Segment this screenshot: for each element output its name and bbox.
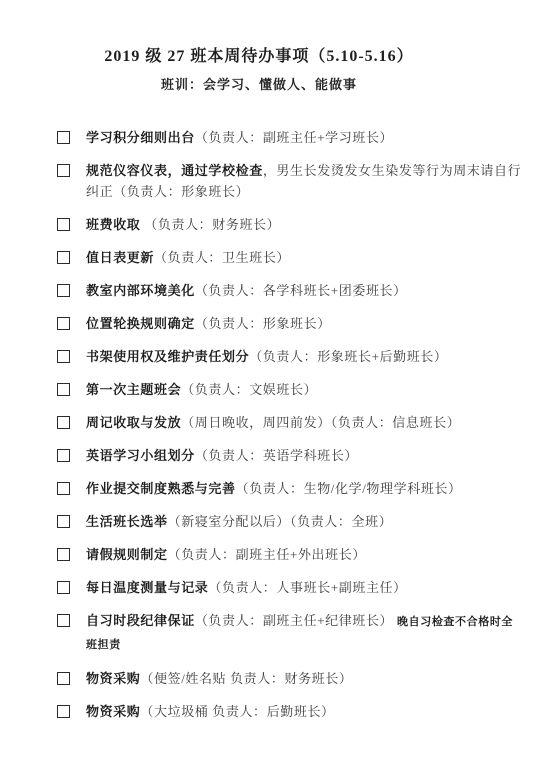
todo-item-detail: （负责人：文娱班长）	[181, 382, 317, 397]
empty-checkbox-icon	[57, 251, 70, 264]
todo-item-text: 物资采购（便签/姓名贴 负责人：财务班长）	[86, 668, 523, 689]
todo-item: 位置轮换规则确定（负责人：形象班长）	[57, 313, 523, 334]
todo-item: 每日温度测量与记录（负责人：人事班长+副班主任）	[57, 577, 523, 598]
todo-item-detail: （负责人：副班主任+纪律班长）	[195, 613, 393, 628]
todo-item-text: 位置轮换规则确定（负责人：形象班长）	[86, 313, 523, 334]
empty-checkbox-icon	[57, 164, 70, 177]
todo-item-title: 班费收取	[86, 217, 140, 232]
todo-item-detail: （新寝室分配以后）（负责人：全班）	[168, 514, 393, 529]
todo-item-detail: （负责人：卫生班长）	[154, 250, 290, 265]
todo-item-detail: （负责人：财务班长）	[140, 217, 280, 232]
todo-item: 生活班长选举（新寝室分配以后）（负责人：全班）	[57, 511, 523, 532]
todo-item-text: 教室内部环境美化（负责人：各学科班长+团委班长）	[86, 280, 523, 301]
todo-item: 班费收取 （负责人：财务班长）	[57, 214, 523, 235]
page-title: 2019 级 27 班本周待办事项（5.10-5.16）	[26, 46, 492, 68]
empty-checkbox-icon	[57, 705, 70, 718]
todo-item-title: 书架使用权及维护责任划分	[86, 349, 249, 364]
class-motto: 班训：会学习、懂做人、能做事	[26, 76, 492, 94]
todo-item-detail: （负责人：英语学科班长）	[195, 448, 358, 463]
todo-item-title: 自习时段纪律保证	[86, 613, 195, 628]
todo-item-title: 物资采购	[86, 704, 140, 719]
todo-item: 学习积分细则出台（负责人：副班主任+学习班长）	[57, 127, 523, 148]
empty-checkbox-icon	[57, 515, 70, 528]
todo-item-text: 自习时段纪律保证（负责人：副班主任+纪律班长） 晚自习检查不合格时全班担责	[86, 610, 523, 656]
todo-item-detail: （大垃圾桶 负责人：后勤班长）	[140, 704, 334, 719]
todo-item-detail: （负责人：形象班长）	[195, 316, 331, 331]
todo-item: 书架使用权及维护责任划分（负责人：形象班长+后勤班长）	[57, 346, 523, 367]
empty-checkbox-icon	[57, 284, 70, 297]
todo-item-text: 第一次主题班会（负责人：文娱班长）	[86, 379, 523, 400]
todo-item-detail: （周日晚收，周四前发）（负责人：信息班长）	[181, 415, 460, 430]
todo-item-title: 每日温度测量与记录	[86, 580, 208, 595]
todo-item: 请假规则制定（负责人：副班主任+外出班长）	[57, 544, 523, 565]
todo-item: 规范仪容仪表，通过学校检查，男生长发烫发女生染发等行为周末请自行纠正（负责人：形…	[57, 160, 523, 202]
todo-item-title: 教室内部环境美化	[86, 283, 195, 298]
todo-item-detail: （便签/姓名贴 负责人：财务班长）	[140, 671, 352, 686]
todo-item-detail: （负责人：生物/化学/物理学科班长）	[236, 481, 462, 496]
todo-item-title: 值日表更新	[86, 250, 154, 265]
todo-item-text: 生活班长选举（新寝室分配以后）（负责人：全班）	[86, 511, 523, 532]
todo-item-detail: （负责人：各学科班长+团委班长）	[195, 283, 407, 298]
todo-item: 第一次主题班会（负责人：文娱班长）	[57, 379, 523, 400]
document-page: 2019 级 27 班本周待办事项（5.10-5.16） 班训：会学习、懂做人、…	[0, 0, 549, 764]
empty-checkbox-icon	[57, 614, 70, 627]
empty-checkbox-icon	[57, 548, 70, 561]
todo-item-detail: （负责人：副班主任+学习班长）	[195, 130, 393, 145]
todo-item-title: 物资采购	[86, 671, 140, 686]
todo-item: 作业提交制度熟悉与完善（负责人：生物/化学/物理学科班长）	[57, 478, 523, 499]
todo-item-text: 物资采购（大垃圾桶 负责人：后勤班长）	[86, 701, 523, 722]
todo-item-title: 生活班长选举	[86, 514, 168, 529]
empty-checkbox-icon	[57, 449, 70, 462]
empty-checkbox-icon	[57, 350, 70, 363]
todo-item-text: 规范仪容仪表，通过学校检查，男生长发烫发女生染发等行为周末请自行纠正（负责人：形…	[86, 160, 523, 202]
todo-item-text: 每日温度测量与记录（负责人：人事班长+副班主任）	[86, 577, 523, 598]
todo-item-detail: （负责人：副班主任+外出班长）	[168, 547, 366, 562]
todo-item-title: 请假规则制定	[86, 547, 168, 562]
todo-item-title: 学习积分细则出台	[86, 130, 195, 145]
todo-item-title: 位置轮换规则确定	[86, 316, 195, 331]
todo-item-text: 学习积分细则出台（负责人：副班主任+学习班长）	[86, 127, 523, 148]
todo-item: 物资采购（便签/姓名贴 负责人：财务班长）	[57, 668, 523, 689]
todo-item-text: 书架使用权及维护责任划分（负责人：形象班长+后勤班长）	[86, 346, 523, 367]
todo-item: 教室内部环境美化（负责人：各学科班长+团委班长）	[57, 280, 523, 301]
todo-item-text: 周记收取与发放（周日晚收，周四前发）（负责人：信息班长）	[86, 412, 523, 433]
empty-checkbox-icon	[57, 131, 70, 144]
empty-checkbox-icon	[57, 581, 70, 594]
empty-checkbox-icon	[57, 317, 70, 330]
empty-checkbox-icon	[57, 416, 70, 429]
empty-checkbox-icon	[57, 672, 70, 685]
todo-list: 学习积分细则出台（负责人：副班主任+学习班长） 规范仪容仪表，通过学校检查，男生…	[57, 127, 523, 722]
todo-item: 自习时段纪律保证（负责人：副班主任+纪律班长） 晚自习检查不合格时全班担责	[57, 610, 523, 656]
empty-checkbox-icon	[57, 482, 70, 495]
empty-checkbox-icon	[57, 218, 70, 231]
todo-item: 英语学习小组划分（负责人：英语学科班长）	[57, 445, 523, 466]
todo-item-title: 第一次主题班会	[86, 382, 181, 397]
todo-item-title: 英语学习小组划分	[86, 448, 195, 463]
todo-item-title: 周记收取与发放	[86, 415, 181, 430]
todo-item-text: 英语学习小组划分（负责人：英语学科班长）	[86, 445, 523, 466]
todo-item: 值日表更新（负责人：卫生班长）	[57, 247, 523, 268]
todo-item-detail: （负责人：人事班长+副班主任）	[208, 580, 406, 595]
todo-item-title: 作业提交制度熟悉与完善	[86, 481, 236, 496]
todo-item-text: 班费收取 （负责人：财务班长）	[86, 214, 523, 235]
todo-item: 周记收取与发放（周日晚收，周四前发）（负责人：信息班长）	[57, 412, 523, 433]
todo-item-text: 作业提交制度熟悉与完善（负责人：生物/化学/物理学科班长）	[86, 478, 523, 499]
todo-item-text: 值日表更新（负责人：卫生班长）	[86, 247, 523, 268]
todo-item-detail: （负责人：形象班长+后勤班长）	[249, 349, 447, 364]
todo-item: 物资采购（大垃圾桶 负责人：后勤班长）	[57, 701, 523, 722]
empty-checkbox-icon	[57, 383, 70, 396]
todo-item-text: 请假规则制定（负责人：副班主任+外出班长）	[86, 544, 523, 565]
todo-item-title: 规范仪容仪表，通过学校检查	[86, 163, 263, 178]
